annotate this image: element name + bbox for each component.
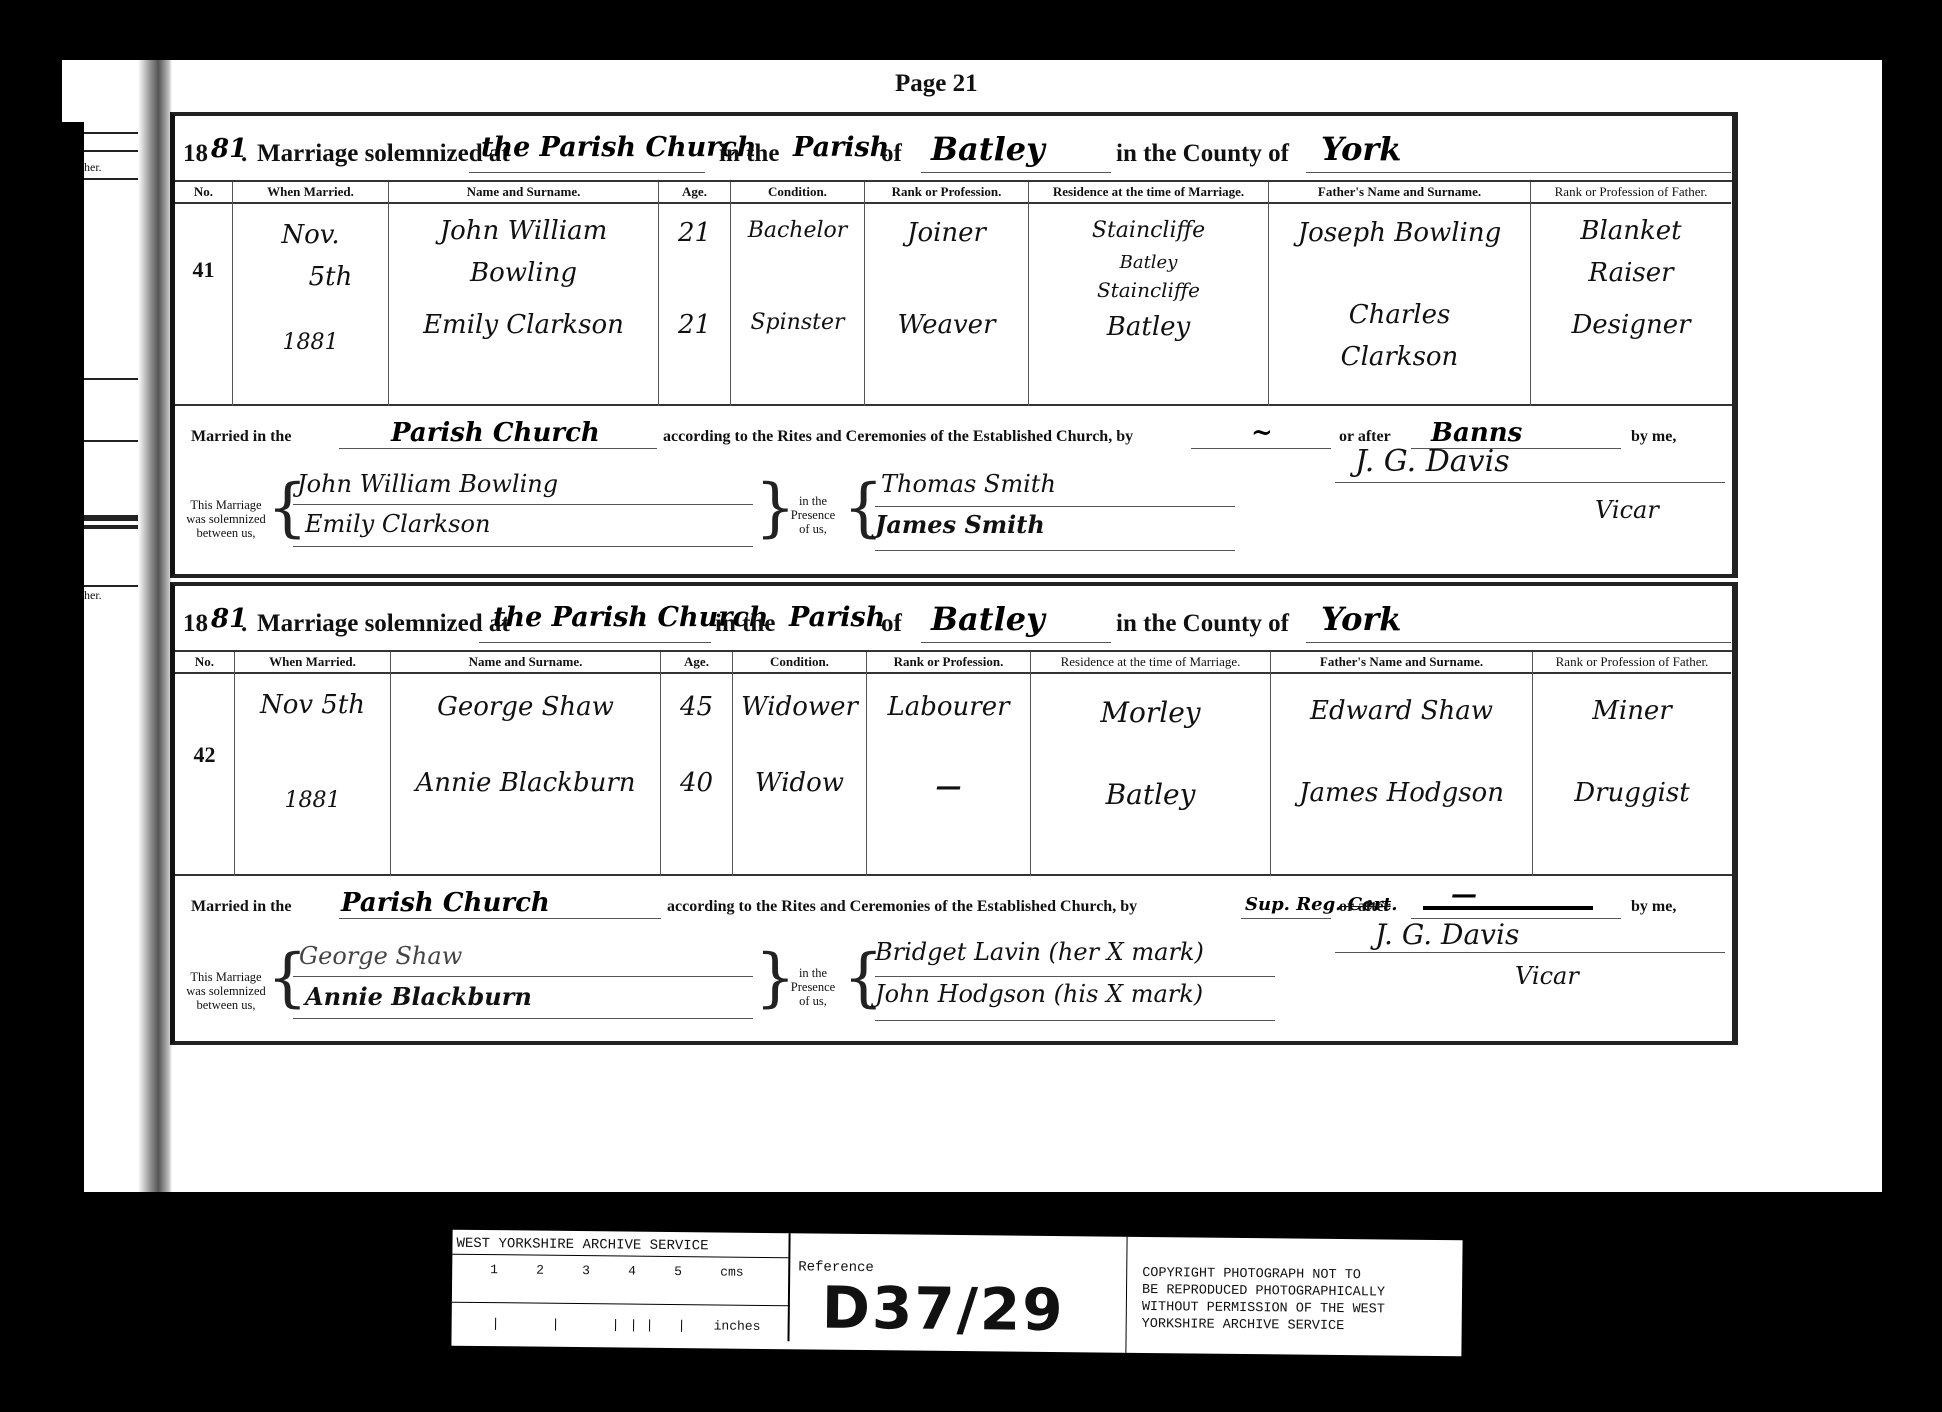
groom-profession: Labourer [867,692,1030,722]
rule [84,132,142,134]
officiant-title: Vicar [1595,496,1659,524]
parish-type-value: Parish [789,602,885,633]
dark-edge [62,122,84,1192]
label-line: between us, [181,998,271,1012]
underline [1306,642,1731,643]
parish-type-value: Parish [793,132,889,163]
officiant-title: Vicar [1515,962,1579,990]
rule [84,525,142,529]
col-residence: Residence at the time of Marriage. Stain… [1029,182,1269,406]
cm-tick: 2 [536,1263,544,1278]
witness-1-signature: Thomas Smith [881,470,1056,498]
bride-residence-town: Batley [1029,312,1268,342]
label-line: between us, [181,526,271,540]
col-header: Rank or Profession. [867,652,1030,674]
label-line: was solemnized [181,984,271,998]
rule [84,515,142,521]
underline [875,1020,1275,1021]
bride-father-profession: Druggist [1533,778,1731,808]
col-profession: Rank or Profession. Joiner Weaver [865,182,1029,406]
col-no: No. 41 [175,182,233,406]
underline [469,172,705,173]
entry-table: No. 41 When Married. Nov. 5th 1881 Name … [175,180,1732,406]
label-line: This Marriage [181,498,271,512]
col-age: Age. 45 40 [661,652,733,876]
col-father-profession: Rank or Profession of Father. Miner Drug… [1533,652,1731,876]
label-line: in the [783,494,843,508]
rule [84,150,142,152]
label-line: of us, [783,994,843,1008]
when-date: Nov 5th [235,690,390,720]
copyright-notice: COPYRIGHT PHOTOGRAPH NOT TO BE REPRODUCE… [1142,1265,1463,1336]
when-year: 1881 [233,330,388,355]
col-no: No. 42 [175,652,235,876]
bride-signature: Annie Blackburn [305,982,532,1011]
entry-number: 42 [175,742,234,768]
col-condition: Condition. Bachelor Spinster [731,182,865,406]
groom-condition: Bachelor [731,218,864,243]
underline [479,642,711,643]
signatures-block: This Marriage was solemnized between us,… [175,466,1732,576]
year-prefix: 18 [183,610,208,638]
col-residence: Residence at the time of Marriage. Morle… [1031,652,1271,876]
col-header: When Married. [233,182,388,204]
bride-residence: Staincliffe [1029,278,1268,302]
col-header: Rank or Profession. [865,182,1028,204]
bride-father-surname: Clarkson [1269,342,1530,372]
signatures-block: This Marriage was solemnized between us,… [175,936,1732,1046]
underline [1335,952,1725,953]
by-me-label: by me, [1631,898,1676,916]
groom-father-profession-2: Raiser [1531,258,1731,288]
of-label: of [881,140,902,168]
entry-table: No. 42 When Married. Nov 5th 1881 Name a… [175,650,1732,876]
groom-signature: John William Bowling [297,470,558,498]
cm-ruler: 1 2 3 4 5 cms [452,1262,790,1266]
underline [1241,918,1331,919]
officiant-signature: J. G. Davis [1355,444,1510,479]
dot: . [241,140,247,168]
ruler-divider [452,1302,790,1307]
in-the-label: in the [715,610,775,638]
solemnized-label: Marriage solemnized at [257,140,510,168]
col-when: When Married. Nov. 5th 1881 [233,182,389,406]
underline [293,504,753,505]
underline [1335,482,1725,483]
rule [84,178,142,180]
underline [875,976,1275,977]
underline [1306,172,1731,173]
col-header: When Married. [235,652,390,674]
col-header: Name and Surname. [389,182,658,204]
in-the-label: in the [719,140,779,168]
bride-profession: — [867,772,1030,802]
col-header: Age. [661,652,732,674]
marriage-entry-42: 18 81 . Marriage solemnized at the Paris… [170,582,1738,1045]
married-in-value: Parish Church [341,888,550,918]
by-me-label: by me, [1631,428,1676,446]
presence-label: in the Presence of us, [783,966,843,1008]
officiant-signature: J. G. Davis [1375,918,1519,951]
bride-signature: Emily Clarkson [305,510,490,538]
fragment-text: her. [84,588,102,603]
bride-father: James Hodgson [1271,778,1532,808]
parish-value: Batley [931,130,1045,168]
label-line: This Marriage [181,970,271,984]
underline [921,642,1111,643]
col-header: Residence at the time of Marriage. [1031,652,1270,674]
cm-tick: 5 [674,1264,682,1279]
groom-father-profession: Miner [1533,696,1731,726]
col-father-profession: Rank or Profession of Father. Blanket Ra… [1531,182,1731,406]
groom-father-profession: Blanket [1531,216,1731,246]
book-gutter [138,60,172,1192]
groom-father: Joseph Bowling [1269,218,1530,248]
groom-name: George Shaw [391,692,660,722]
groom-father: Edward Shaw [1271,696,1532,726]
archive-ruler: WEST YORKSHIRE ARCHIVE SERVICE 1 2 3 4 5… [452,1230,791,1342]
church-value: the Parish Church [481,132,757,163]
groom-signature: George Shaw [299,942,462,970]
married-in-label: Married in the [191,898,291,916]
underline [339,448,657,449]
when-year: 1881 [235,788,390,813]
married-in-label: Married in the [191,428,291,446]
col-name: Name and Surname. John William Bowling E… [389,182,659,406]
page-number: Page 21 [895,70,978,98]
county-label: in the County of [1116,610,1289,638]
archive-label: WEST YORKSHIRE ARCHIVE SERVICE 1 2 3 4 5… [451,1230,1462,1357]
bride-name: Emily Clarkson [389,310,658,340]
underline [875,550,1235,551]
entry-headline: 18 81 . Marriage solemnized at the Paris… [181,600,1731,644]
cm-tick: 4 [628,1264,636,1279]
inches-label: inches [714,1318,761,1333]
county-value: York [1321,130,1401,168]
rule [84,440,142,442]
groom-profession: Joiner [865,218,1028,248]
bride-age: 21 [659,310,730,340]
county-value: York [1321,600,1401,638]
groom-residence: Staincliffe [1029,218,1268,243]
by-value: ~ [1251,418,1273,448]
underline [875,506,1235,507]
cm-tick: 3 [582,1263,590,1278]
reference-number: D37/29 [821,1274,1064,1345]
when-month: Nov. [233,220,388,250]
inch-ruler: | | | | | | inches [452,1316,790,1320]
bride-residence: Batley [1031,778,1270,811]
groom-residence-town: Batley [1029,252,1268,273]
groom-age: 45 [661,692,732,722]
col-profession: Rank or Profession. Labourer — [867,652,1031,876]
col-header: Residence at the time of Marriage. [1029,182,1268,204]
county-label: in the County of [1116,140,1289,168]
entry-number: 41 [175,257,232,283]
when-day: 5th [253,262,408,292]
col-header: Rank or Profession of Father. [1533,652,1731,674]
col-header: Rank or Profession of Father. [1531,182,1731,204]
col-header: No. [175,182,232,204]
reference-box: Reference D37/29 [791,1233,1127,1353]
col-father: Father's Name and Surname. Joseph Bowlin… [1269,182,1531,406]
col-header: Father's Name and Surname. [1269,182,1530,204]
strike-dash [1423,906,1593,910]
this-marriage-label: This Marriage was solemnized between us, [181,498,271,540]
groom-name: John William [389,216,658,246]
col-header: Condition. [733,652,866,674]
underline [921,172,1111,173]
col-header: Condition. [731,182,864,204]
cms-label: cms [720,1265,744,1280]
parish-value: Batley [931,600,1045,638]
entry-headline: 18 81 . Marriage solemnized at the Paris… [181,130,1731,174]
col-header: Name and Surname. [391,652,660,674]
presence-label: in the Presence of us, [783,494,843,536]
bride-condition: Spinster [731,310,864,335]
groom-residence: Morley [1031,696,1270,729]
witness-2-signature: John Hodgson (his X mark) [875,980,1203,1008]
underline [293,976,753,977]
underline [293,1018,753,1019]
col-header: No. [175,652,234,674]
groom-age: 21 [659,218,730,248]
underline [293,546,753,547]
bride-profession: Weaver [865,310,1028,340]
col-when: When Married. Nov 5th 1881 [235,652,391,876]
col-name: Name and Surname. George Shaw Annie Blac… [391,652,661,876]
col-father: Father's Name and Surname. Edward Shaw J… [1271,652,1533,876]
solemnized-label: Marriage solemnized at [257,610,510,638]
label-line: Presence [783,980,843,994]
underline [1191,448,1331,449]
witness-1-signature: Bridget Lavin (her X mark) [875,938,1204,966]
groom-surname: Bowling [389,258,658,288]
marriage-entry-41: 18 81 . Marriage solemnized at the Paris… [170,112,1738,578]
rites-label: according to the Rites and Ceremonies of… [663,428,1133,446]
rites-label: according to the Rites and Ceremonies of… [667,898,1137,916]
of-label: of [881,610,902,638]
or-after-label: or after [1339,898,1391,916]
label-line: of us, [783,522,843,536]
label-line: was solemnized [181,512,271,526]
bride-age: 40 [661,768,732,798]
bride-father: Charles [1269,300,1530,330]
underline [339,918,661,919]
year-prefix: 18 [183,140,208,168]
rule [84,585,142,587]
col-condition: Condition. Widower Widow [733,652,867,876]
col-age: Age. 21 21 [659,182,731,406]
witness-2-signature: James Smith [875,510,1045,539]
label-line: Presence [783,508,843,522]
bride-father-profession: Designer [1531,310,1731,340]
this-marriage-label: This Marriage was solemnized between us, [181,970,271,1012]
groom-condition: Widower [733,692,866,722]
label-line: in the [783,966,843,980]
fragment-text: her. [84,160,102,175]
col-header: Father's Name and Surname. [1271,652,1532,674]
bride-condition: Widow [733,768,866,798]
bride-name: Annie Blackburn [391,768,660,798]
col-header: Age. [659,182,730,204]
rule [84,378,142,380]
married-in-value: Parish Church [391,418,600,448]
archive-service-name: WEST YORKSHIRE ARCHIVE SERVICE [452,1230,788,1259]
dot: . [241,610,247,638]
cm-tick: 1 [490,1262,498,1277]
